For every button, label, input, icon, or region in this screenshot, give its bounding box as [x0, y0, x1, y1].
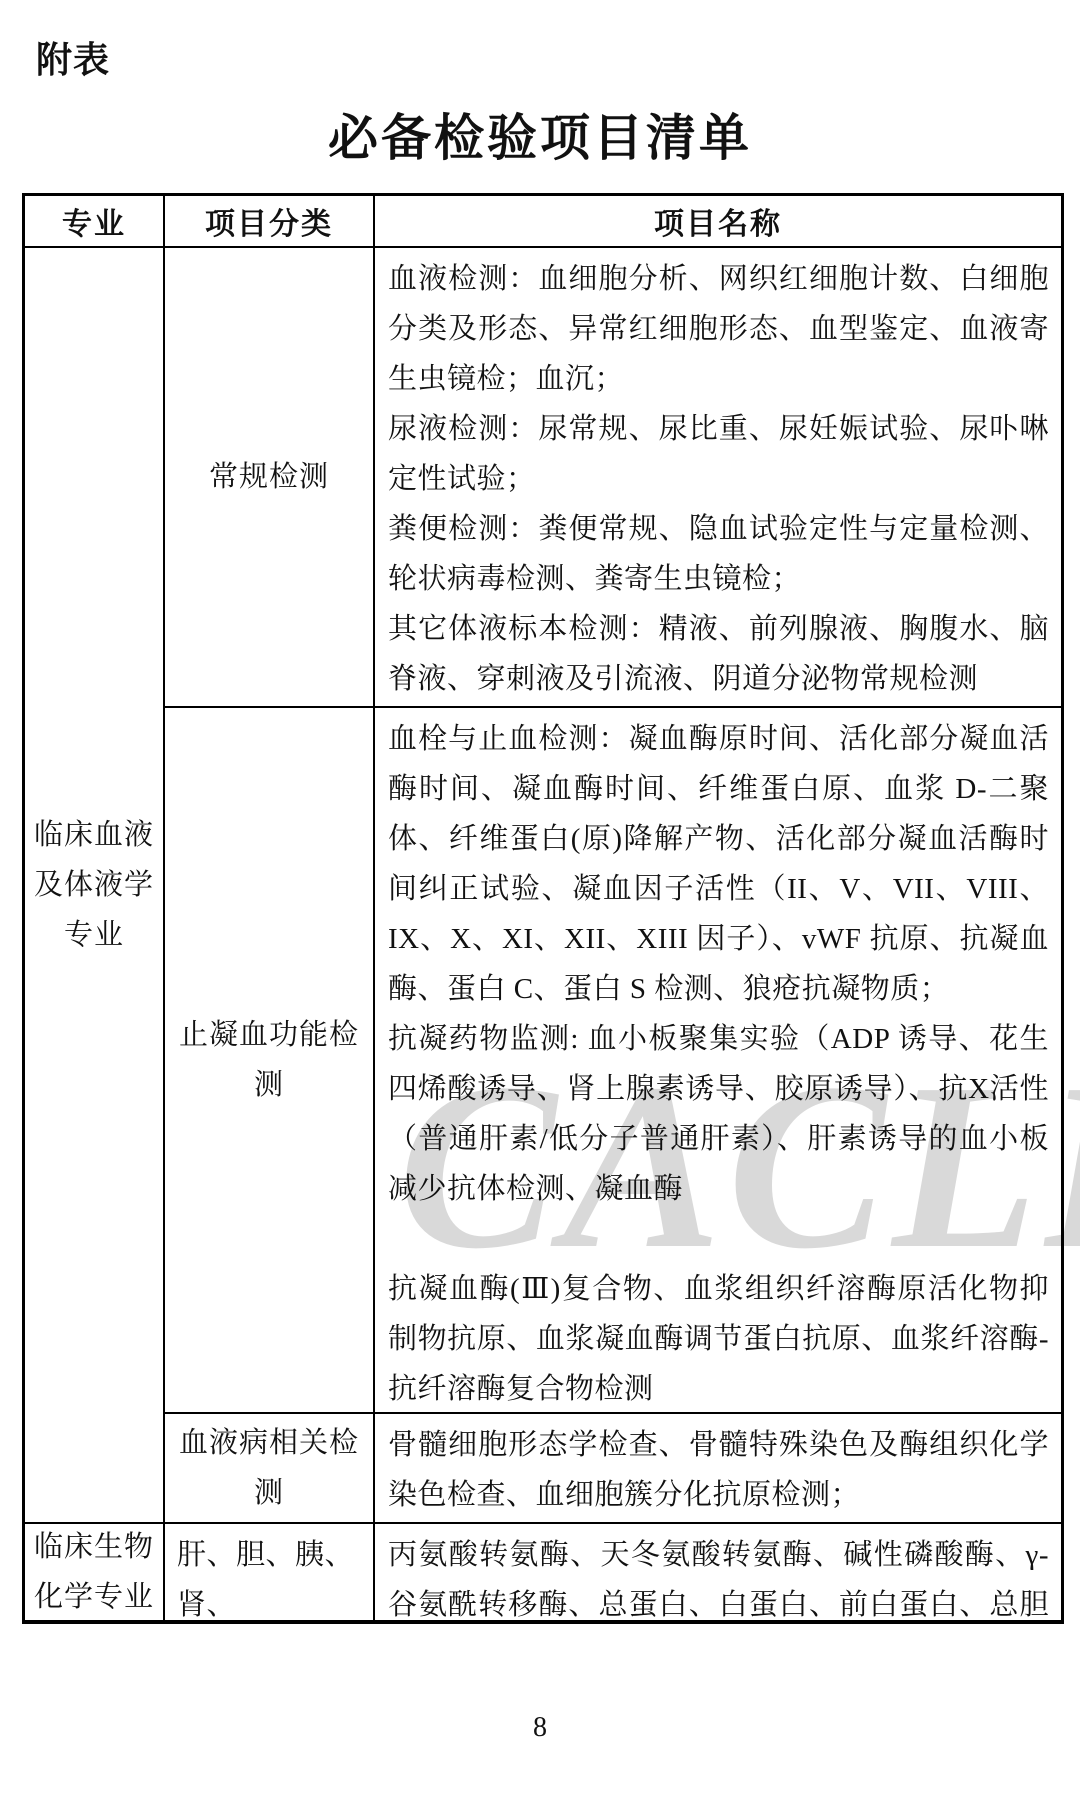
- item-paragraph: 粪便检测：粪便常规、隐血试验定性与定量检测、轮状病毒检测、粪寄生虫镜检；: [388, 504, 1049, 604]
- specialty-line: 及体液学: [34, 860, 154, 910]
- item-paragraph: 血液检测：血细胞分析、网织红细胞计数、白细胞分类及形态、异常红细胞形态、血型鉴定…: [388, 254, 1049, 404]
- specialty-line: 临床血液: [34, 810, 154, 860]
- category-cell-routine-tests: 常规检测: [165, 248, 375, 708]
- items-cell-blood-disease-tests: 骨髓细胞形态学检查、骨髓特殊染色及酶组织化学染色检查、血细胞簇分化抗原检测；: [375, 1414, 1061, 1524]
- items-cell-routine-tests: 血液检测：血细胞分析、网织红细胞计数、白细胞分类及形态、异常红细胞形态、血型鉴定…: [375, 248, 1061, 708]
- item-paragraph: 抗凝血酶(Ⅲ)复合物、血浆组织纤溶酶原活化物抑制物抗原、血浆凝血酶调节蛋白抗原、…: [388, 1264, 1049, 1414]
- category-cell-organ-systems: 肝、胆、胰、肾、 心血管、血液、: [165, 1524, 375, 1620]
- category-cell-blood-disease-tests: 血液病相关检测: [165, 1414, 375, 1524]
- document-page: 附表 必备检验项目清单 CACLP 专业 项目分类 项目名称 临床血液 及体液学…: [0, 0, 1080, 1804]
- item-paragraph: 血栓与止血检测：凝血酶原时间、活化部分凝血活酶时间、凝血酶时间、纤维蛋白原、血浆…: [388, 714, 1049, 1014]
- item-paragraph: 丙氨酸转氨酶、天冬氨酸转氨酶、碱性磷酸酶、γ-谷氨酰转移酶、总蛋白、白蛋白、前白…: [388, 1530, 1049, 1620]
- items-cell-hemostasis-tests: 血栓与止血检测：凝血酶原时间、活化部分凝血活酶时间、凝血酶时间、纤维蛋白原、血浆…: [375, 708, 1061, 1414]
- item-paragraph: 其它体液标本检测：精液、前列腺液、胸腹水、脑脊液、穿刺液及引流液、阴道分泌物常规…: [388, 604, 1049, 704]
- category-line: 肝、胆、胰、肾、: [177, 1530, 365, 1620]
- specialty-line: 临床生物: [34, 1524, 154, 1572]
- item-paragraph: 骨髓细胞形态学检查、骨髓特殊染色及酶组织化学染色检查、血细胞簇分化抗原检测；: [388, 1420, 1049, 1520]
- page-number: 8: [0, 1712, 1080, 1744]
- specialty-cell-clinical-hematology: 临床血液 及体液学 专业: [25, 248, 165, 1524]
- item-paragraph: 抗凝药物监测: 血小板聚集实验（ADP 诱导、花生四烯酸诱导、肾上腺素诱导、胶原…: [388, 1014, 1049, 1214]
- items-cell-biochemistry-tests: 丙氨酸转氨酶、天冬氨酸转氨酶、碱性磷酸酶、γ-谷氨酰转移酶、总蛋白、白蛋白、前白…: [375, 1524, 1061, 1620]
- header-category: 项目分类: [165, 196, 375, 248]
- item-paragraph: 尿液检测：尿常规、尿比重、尿妊娠试验、尿卟啉定性试验；: [388, 404, 1049, 504]
- page-title: 必备检验项目清单: [0, 98, 1080, 170]
- specialty-cell-clinical-biochemistry: 临床生物 化学专业: [25, 1524, 165, 1620]
- category-cell-hemostasis-tests: 止凝血功能检测: [165, 708, 375, 1414]
- required-tests-table: 专业 项目分类 项目名称 临床血液 及体液学 专业 常规检测 血液检测：血细胞分…: [22, 193, 1064, 1624]
- header-specialty: 专业: [25, 196, 165, 248]
- header-name: 项目名称: [375, 196, 1061, 248]
- specialty-line: 化学专业: [34, 1572, 154, 1620]
- specialty-line: 专业: [64, 910, 124, 960]
- appendix-label: 附表: [36, 32, 110, 83]
